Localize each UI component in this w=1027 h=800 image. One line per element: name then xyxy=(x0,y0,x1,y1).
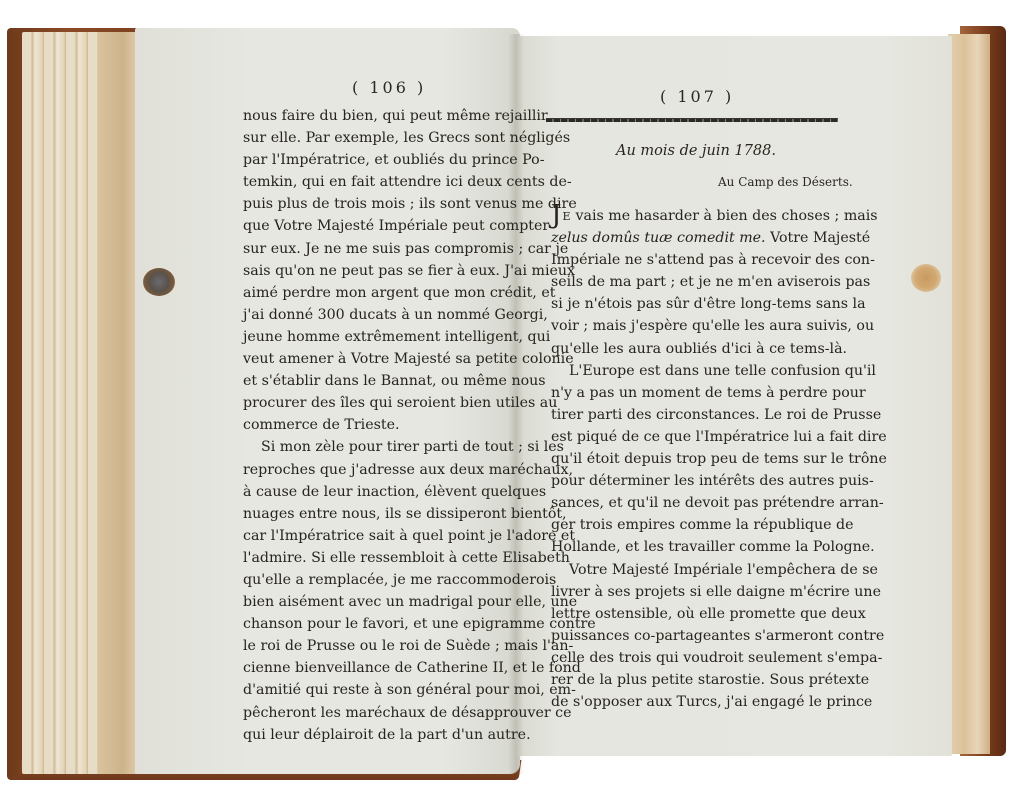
text-line: qu'il étoit depuis trop peu de tems sur … xyxy=(551,448,841,470)
text-line: de s'opposer aux Turcs, j'ai engagé le p… xyxy=(551,691,841,713)
latin-quote: zelus domûs tuæ comedit me. xyxy=(551,230,766,246)
text-line: voir ; mais j'espère qu'elle les aura su… xyxy=(551,315,841,337)
first-line-text: vais me hasarder à bien des choses ; mai… xyxy=(575,208,877,224)
text-line: jeune homme extrêmement intelligent, qui xyxy=(243,326,518,348)
text-line: Impériale ne s'attend pas à recevoir des… xyxy=(551,249,841,271)
text-line: puissances co-partageantes s'armeront co… xyxy=(551,625,841,647)
text-line: le roi de Prusse ou le roi de Suède ; ma… xyxy=(243,635,518,657)
letter-dateline: Au mois de juin 1788. xyxy=(616,143,776,159)
text-line: procurer des îles qui seroient bien util… xyxy=(243,392,518,414)
text-line-second: zelus domûs tuæ comedit me. Votre Majest… xyxy=(551,227,841,249)
text-line: que Votre Majesté Impériale peut compter xyxy=(243,215,518,237)
text-line: celle des trois qui voudroit seulement s… xyxy=(551,647,841,669)
text-line: pêcheront les maréchaux de désapprouver … xyxy=(243,702,518,724)
text-line: sur eux. Je ne me suis pas compromis ; c… xyxy=(243,238,518,260)
right-page-stack-edges xyxy=(948,34,990,754)
text-line-first: JE vais me hasarder à bien des choses ; … xyxy=(551,205,841,227)
text-line: Hollande, et les travailler comme la Pol… xyxy=(551,536,841,558)
open-book: ( 106 ) nous faire du bien, qui peut mêm… xyxy=(0,0,1027,800)
text-line: nuages entre nous, ils se dissiperont bi… xyxy=(243,503,518,525)
foxing-stain-left xyxy=(143,268,175,296)
small-cap: E xyxy=(562,210,571,223)
text-line: est piqué de ce que l'Impératrice lui a … xyxy=(551,426,841,448)
text-line: puis plus de trois mois ; ils sont venus… xyxy=(243,193,518,215)
text-line: n'y a pas un moment de tems à perdre pou… xyxy=(551,382,841,404)
foxing-stain-right xyxy=(911,264,941,292)
left-page-text: nous faire du bien, qui peut même rejail… xyxy=(243,105,518,746)
text-line: qu'elle a remplacée, je me raccommoderoi… xyxy=(243,569,518,591)
text-line: veut amener à Votre Majesté sa petite co… xyxy=(243,348,518,370)
text-line: L'Europe est dans une telle confusion qu… xyxy=(551,360,841,382)
text-line: sur elle. Par exemple, les Grecs sont né… xyxy=(243,127,518,149)
ornamental-rule xyxy=(546,118,838,122)
text-line: par l'Impératrice, et oubliés du prince … xyxy=(243,149,518,171)
text-line: lettre ostensible, où elle promette que … xyxy=(551,603,841,625)
text-line: aimé perdre mon argent que mon crédit, e… xyxy=(243,282,518,304)
text-line: Votre Majesté Impériale l'empêchera de s… xyxy=(551,559,841,581)
text-line: seils de ma part ; et je ne m'en avisero… xyxy=(551,271,841,293)
page-number-right: ( 107 ) xyxy=(660,87,734,106)
text-line: cienne bienveillance de Catherine II, et… xyxy=(243,657,518,679)
text-line: à cause de leur inaction, élèvent quelqu… xyxy=(243,481,518,503)
text-line: sais qu'on ne peut pas se fier à eux. J'… xyxy=(243,260,518,282)
text-line: car l'Impératrice sait à quel point je l… xyxy=(243,525,518,547)
text-line: d'amitié qui reste à son général pour mo… xyxy=(243,679,518,701)
page-number-left: ( 106 ) xyxy=(352,78,426,97)
drop-cap: J xyxy=(551,200,561,230)
text-line: ger trois empires comme la république de xyxy=(551,514,841,536)
right-page-text: JE vais me hasarder à bien des choses ; … xyxy=(551,205,841,713)
text-line: chanson pour le favori, et une epigramme… xyxy=(243,613,518,635)
text-line: livrer à ses projets si elle daigne m'éc… xyxy=(551,581,841,603)
text-line: qu'elle les aura oubliés d'ici à ce tems… xyxy=(551,338,841,360)
left-page-stack-edges xyxy=(22,32,140,774)
text-line: bien aisément avec un madrigal pour elle… xyxy=(243,591,518,613)
text-line: l'admire. Si elle ressembloit à cette El… xyxy=(243,547,518,569)
text-line: commerce de Trieste. xyxy=(243,414,518,436)
text-line: pour déterminer les intérêts des autres … xyxy=(551,470,841,492)
text-line: temkin, qui en fait attendre ici deux ce… xyxy=(243,171,518,193)
text-line: j'ai donné 300 ducats à un nommé Georgi, xyxy=(243,304,518,326)
text-line: rer de la plus petite starostie. Sous pr… xyxy=(551,669,841,691)
text-line: qui leur déplairoit de la part d'un autr… xyxy=(243,724,518,746)
text-line: et s'établir dans le Bannat, ou même nou… xyxy=(243,370,518,392)
text-line: reproches que j'adresse aux deux marécha… xyxy=(243,459,518,481)
text-line: nous faire du bien, qui peut même rejail… xyxy=(243,105,518,127)
second-line-text: Votre Majesté xyxy=(770,230,870,246)
text-line: si je n'étois pas sûr d'être long-tems s… xyxy=(551,293,841,315)
text-line: Si mon zèle pour tirer parti de tout ; s… xyxy=(243,436,518,458)
text-line: sances, et qu'il ne devoit pas prétendre… xyxy=(551,492,841,514)
text-line: tirer parti des circonstances. Le roi de… xyxy=(551,404,841,426)
letter-place: Au Camp des Déserts. xyxy=(718,175,853,189)
